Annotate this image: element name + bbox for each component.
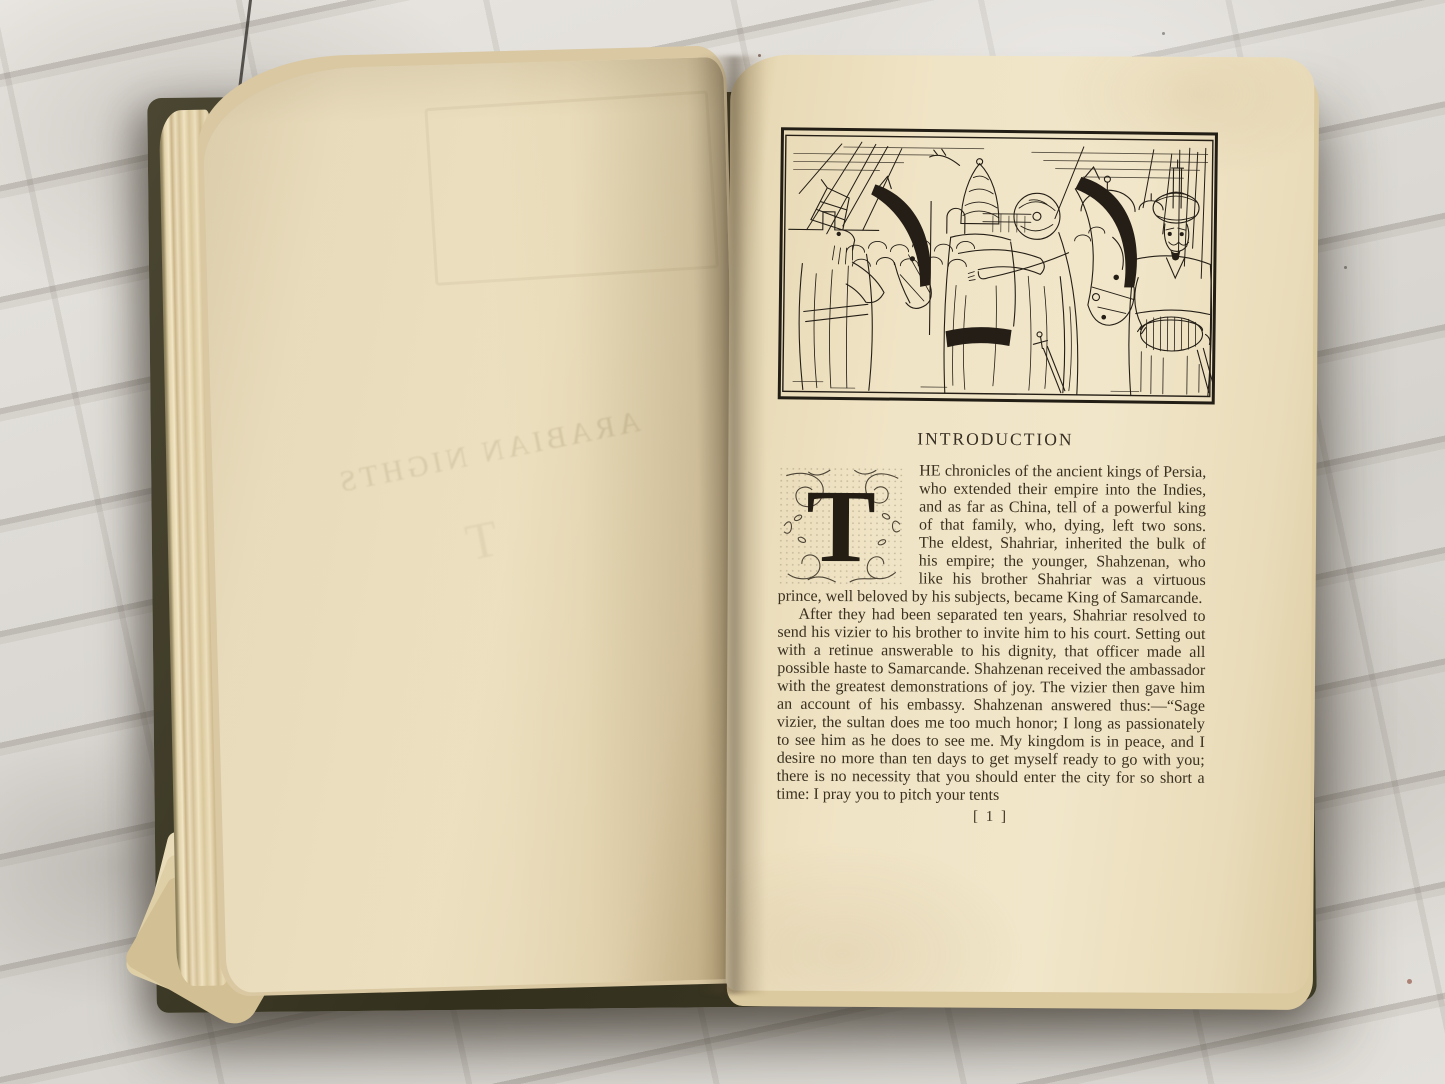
photo-scene: ARABIAN NIGHTS T — [0, 0, 1445, 1084]
drop-cap-letter: T — [806, 469, 876, 584]
paragraph-one: T HE chronicles of the ancient kings of … — [778, 462, 1207, 608]
right-page-content: INTRODUCTION — [776, 129, 1220, 827]
show-through-initial: T — [461, 509, 504, 573]
page-number: [ 1 ] — [776, 808, 1204, 827]
ornate-drop-cap: T — [778, 466, 907, 586]
right-page: INTRODUCTION — [726, 54, 1315, 993]
show-through-title: ARABIAN NIGHTS — [296, 397, 679, 508]
chapter-heading: INTRODUCTION — [778, 428, 1212, 451]
wall-specks — [758, 54, 761, 57]
paragraph-two: After they had been separated ten years,… — [777, 606, 1206, 806]
woodcut-illustration — [778, 127, 1218, 404]
woodcut-illustration-art — [781, 130, 1215, 401]
left-page: ARABIAN NIGHTS T — [201, 57, 749, 993]
drop-cap-ornament: T — [778, 466, 907, 586]
show-through-frame — [424, 90, 719, 285]
